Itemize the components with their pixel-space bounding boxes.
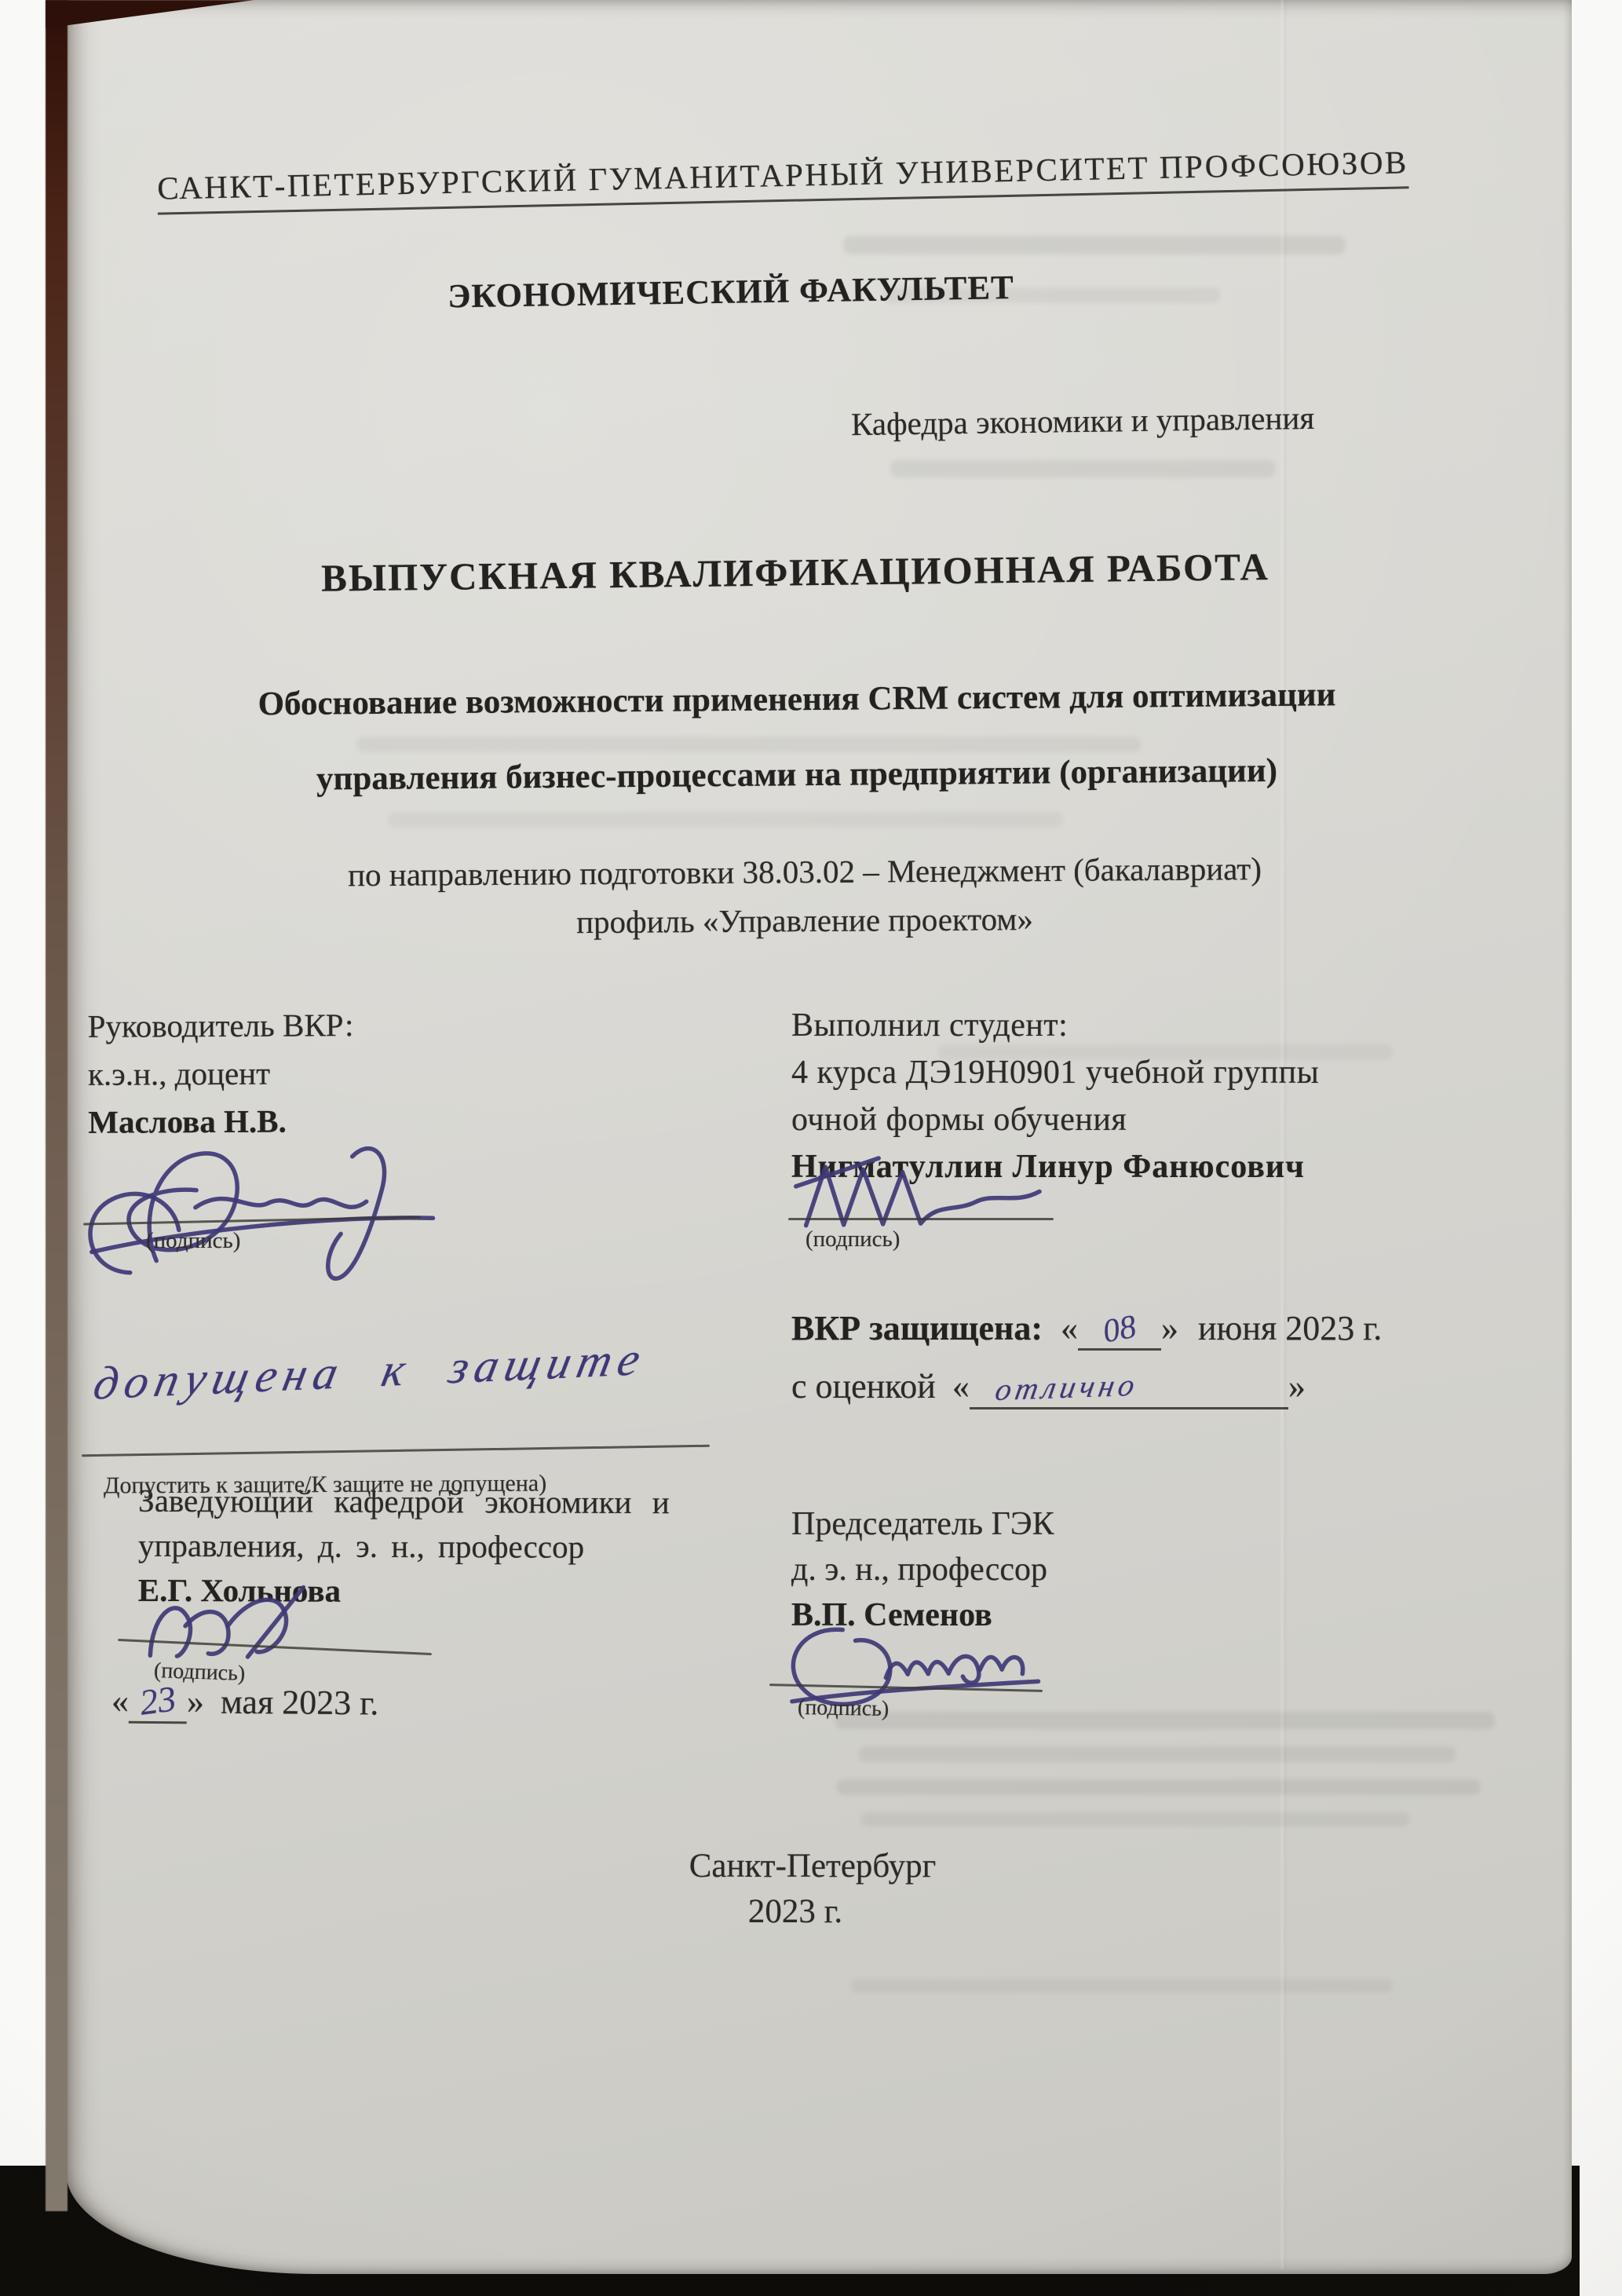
grade-label: с оценкой [791, 1367, 936, 1406]
department-head-date-rest: мая 2023 г. [221, 1683, 379, 1723]
grade-quote-close: » [1288, 1367, 1306, 1406]
defense-quote-open: « [1061, 1309, 1078, 1347]
admission-handwritten-note: допущена к защите [89, 1332, 651, 1410]
supervisor-signature-caption: (подпись) [146, 1228, 240, 1254]
faculty-name: ЭКОНОМИЧЕСКИЙ ФАКУЛЬТЕТ [0, 261, 1484, 324]
gek-signature-caption: (подпись) [798, 1695, 890, 1722]
supervisor-signature [59, 1104, 458, 1314]
work-type-heading: ВЫПУСКНАЯ КВАЛИФИКАЦИОННАЯ РАБОТА [42, 541, 1549, 604]
supervisor-degree: к.э.н., доцент [88, 1049, 354, 1099]
book-cover-edge [46, 0, 68, 2211]
admission-line [82, 1445, 710, 1457]
profile-line: профиль «Управление проектом» [52, 896, 1558, 944]
program-line: по направлению подготовки 38.03.02 – Мен… [52, 847, 1558, 895]
bleed-through-line [851, 1979, 1393, 1993]
student-signature-line [788, 1218, 1054, 1220]
defense-day: 08 [1100, 1308, 1139, 1351]
department-head-line1: Заведующий кафедрой экономики и [138, 1479, 670, 1525]
university-name-text: САНКТ-ПЕТЕРБУРГСКИЙ ГУМАНИТАРНЫЙ УНИВЕРС… [157, 144, 1409, 214]
document-page: САНКТ-ПЕТЕРБУРГСКИЙ ГУМАНИТАРНЫЙ УНИВЕРС… [66, 0, 1572, 2274]
defense-date-rest: июня 2023 г. [1198, 1309, 1382, 1347]
supervisor-role: Руководитель ВКР: [88, 1001, 354, 1051]
bleed-through-line [356, 737, 1142, 752]
grade-value: отлично [992, 1366, 1142, 1408]
bleed-through-line [388, 812, 1063, 828]
bleed-through-line [860, 1812, 1410, 1826]
student-signature-caption: (подпись) [806, 1227, 900, 1252]
bleed-through-line [890, 460, 1275, 477]
gek-line1: Председатель ГЭК [791, 1501, 1054, 1547]
date-quote-close: » [187, 1682, 204, 1720]
bleed-through-line [837, 1779, 1481, 1795]
department-head-line2: управления, д. э. н., профессор [138, 1523, 670, 1570]
department-name: Кафедра экономики и управления [851, 399, 1315, 443]
gek-line2: д. э. н., профессор [791, 1547, 1054, 1592]
footer-city: Санкт-Петербург [60, 1847, 1565, 1885]
grade-quote-open: « [952, 1367, 970, 1406]
university-name: САНКТ-ПЕТЕРБУРГСКИЙ ГУМАНИТАРНЫЙ УНИВЕРС… [30, 141, 1536, 210]
bleed-through-line [843, 236, 1346, 254]
date-quote-open: « [111, 1682, 129, 1720]
student-study-form: очной формы обучения [791, 1096, 1319, 1143]
thesis-title-line2: управления бизнес-процессами на предприя… [44, 749, 1550, 801]
defense-row: ВКР защищена: «08» июня 2023 г. [791, 1308, 1382, 1351]
grade-row: с оценкой «отлично» [791, 1366, 1306, 1409]
defense-quote-close: » [1161, 1309, 1178, 1347]
photo-of-title-page: САНКТ-ПЕТЕРБУРГСКИЙ ГУМАНИТАРНЫЙ УНИВЕРС… [0, 0, 1622, 2296]
bleed-through-line [859, 1746, 1456, 1762]
department-head-date-day: 23 [137, 1677, 179, 1724]
department-head-date: «23» мая 2023 г. [111, 1680, 379, 1726]
student-group: 4 курса ДЭ19Н0901 учебной группы [791, 1049, 1319, 1096]
student-label: Выполнил студент: [791, 1002, 1319, 1049]
footer-year: 2023 г. [42, 1892, 1548, 1931]
defense-label: ВКР защищена: [791, 1309, 1043, 1347]
thesis-title-line1: Обоснование возможности применения CRM с… [44, 674, 1550, 726]
